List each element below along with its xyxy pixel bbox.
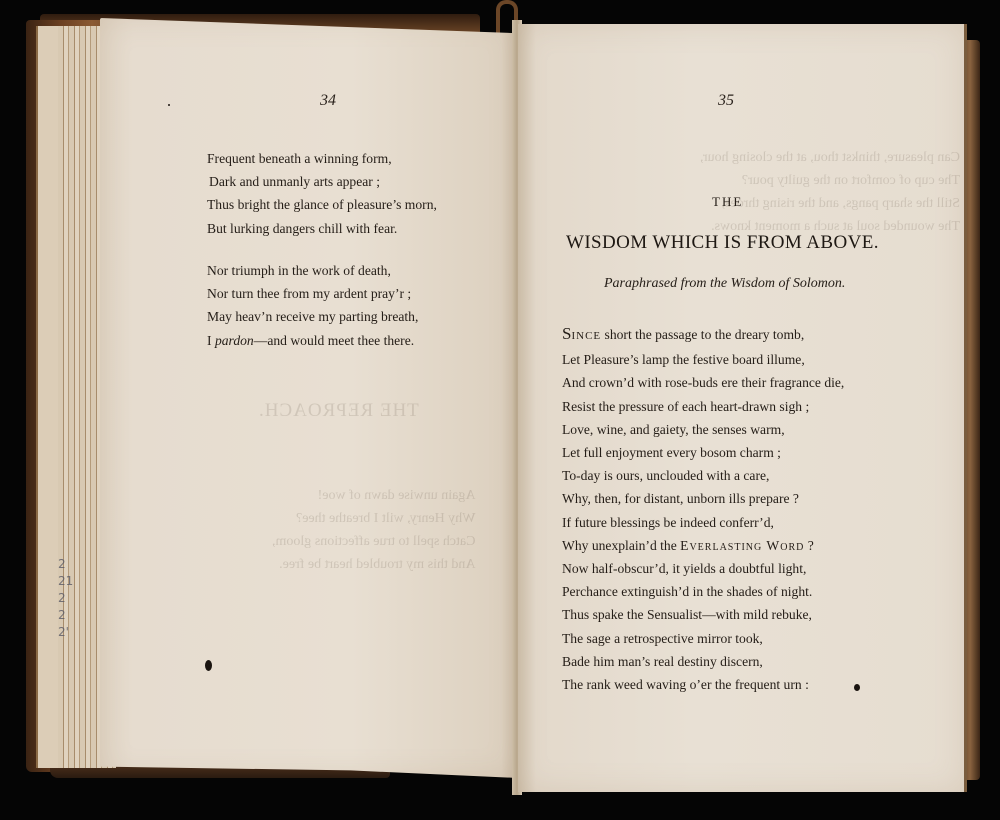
verse-text: —and would meet thee there. <box>254 333 414 348</box>
ghost-line: Why Henry, wilt I breathe thee? <box>272 507 475 530</box>
left-show-through-text: Again unwise dawn of woe! Why Henry, wil… <box>272 484 475 576</box>
pencil-mark: 2 <box>58 590 73 607</box>
left-show-through-title: THE REPROACH. <box>258 400 419 422</box>
verse-line: Frequent beneath a winning form, <box>207 147 437 170</box>
verse-line: Bade him man’s real destiny discern, <box>562 650 844 673</box>
verse-text: ? <box>804 538 813 553</box>
verse-line: May heav’n receive my parting breath, <box>207 305 418 328</box>
pencil-marks: 2 21 2 2 2' <box>58 556 73 641</box>
paper-speck <box>168 104 170 106</box>
verse-line: Dark and unmanly arts appear ; <box>207 170 437 193</box>
verse-line: The sage a retrospective mirror took, <box>562 627 844 650</box>
poem-title: WISDOM WHICH IS FROM ABOVE. <box>566 232 879 254</box>
verse-line: Why unexplain’d the Everlasting Word ? <box>562 534 844 557</box>
right-show-through-text: Can pleasure, thinkst thou, at the closi… <box>700 146 960 238</box>
verse-line: Let Pleasure’s lamp the festive board il… <box>562 348 844 371</box>
verse-line: Resist the pressure of each heart-drawn … <box>562 395 844 418</box>
verse-text: I <box>207 333 215 348</box>
verse-text: Why unexplain’d the <box>562 538 680 553</box>
ghost-line: Again unwise dawn of woe! <box>272 484 475 507</box>
verse-line: Why, then, for distant, unborn ills prep… <box>562 487 844 510</box>
verse-line: Thus spake the Sensualist—with mild rebu… <box>562 603 844 626</box>
verse-line: Thus bright the glance of pleasure’s mor… <box>207 193 437 216</box>
ink-blot <box>205 660 212 671</box>
verse-smallcaps: Everlasting Word <box>680 538 804 553</box>
pencil-mark: 21 <box>58 573 73 590</box>
verse-line: Nor triumph in the work of death, <box>207 259 418 282</box>
verse-text: short the passage to the dreary tomb, <box>601 327 804 342</box>
left-page-number: 34 <box>320 92 336 110</box>
verse-line: If future blessings be indeed conferr’d, <box>562 511 844 534</box>
verse-line: I pardon—and would meet thee there. <box>207 329 418 352</box>
ink-blot <box>854 684 860 691</box>
verse-line: Love, wine, and gaiety, the senses warm, <box>562 418 844 441</box>
right-page-number: 35 <box>718 92 734 110</box>
verse-line: But lurking dangers chill with fear. <box>207 217 437 240</box>
verse-line: Nor turn thee from my ardent pray’r ; <box>207 282 418 305</box>
verse-line: To-day is ours, unclouded with a care, <box>562 464 844 487</box>
verse-line: And crown’d with rose-buds ere their fra… <box>562 371 844 394</box>
poem-title-prefix: THE <box>712 194 743 210</box>
pencil-mark: 2 <box>58 556 73 573</box>
verse-italic-word: pardon <box>215 333 254 348</box>
page-stack-outer-leaf <box>36 26 58 768</box>
ghost-line: And this my troubled heart be free. <box>272 553 475 576</box>
verse-line-first: Since short the passage to the dreary to… <box>562 322 844 348</box>
ghost-line: Can pleasure, thinkst thou, at the closi… <box>700 146 960 169</box>
poem-subtitle: Paraphrased from the Wisdom of Solomon. <box>604 276 845 292</box>
ghost-line: The cup of comfort on the guilty pour? <box>700 169 960 192</box>
verse-line: Now half-obscur’d, it yields a doubtful … <box>562 557 844 580</box>
verse-smallcaps: ince <box>571 330 601 342</box>
ghost-line: Catch spell to true affections gloom, <box>272 530 475 553</box>
pencil-mark: 2' <box>58 624 73 641</box>
left-stanza-1: Frequent beneath a winning form, Dark an… <box>207 147 437 240</box>
pencil-mark: 2 <box>58 607 73 624</box>
left-stanza-2: Nor triumph in the work of death, Nor tu… <box>207 259 418 352</box>
verse-line: Let full enjoyment every bosom charm ; <box>562 441 844 464</box>
verse-line: The rank weed waving o’er the frequent u… <box>562 673 844 696</box>
left-page <box>100 18 518 778</box>
verse-line: Perchance extinguish’d in the shades of … <box>562 580 844 603</box>
right-poem-body: Since short the passage to the dreary to… <box>562 322 844 696</box>
